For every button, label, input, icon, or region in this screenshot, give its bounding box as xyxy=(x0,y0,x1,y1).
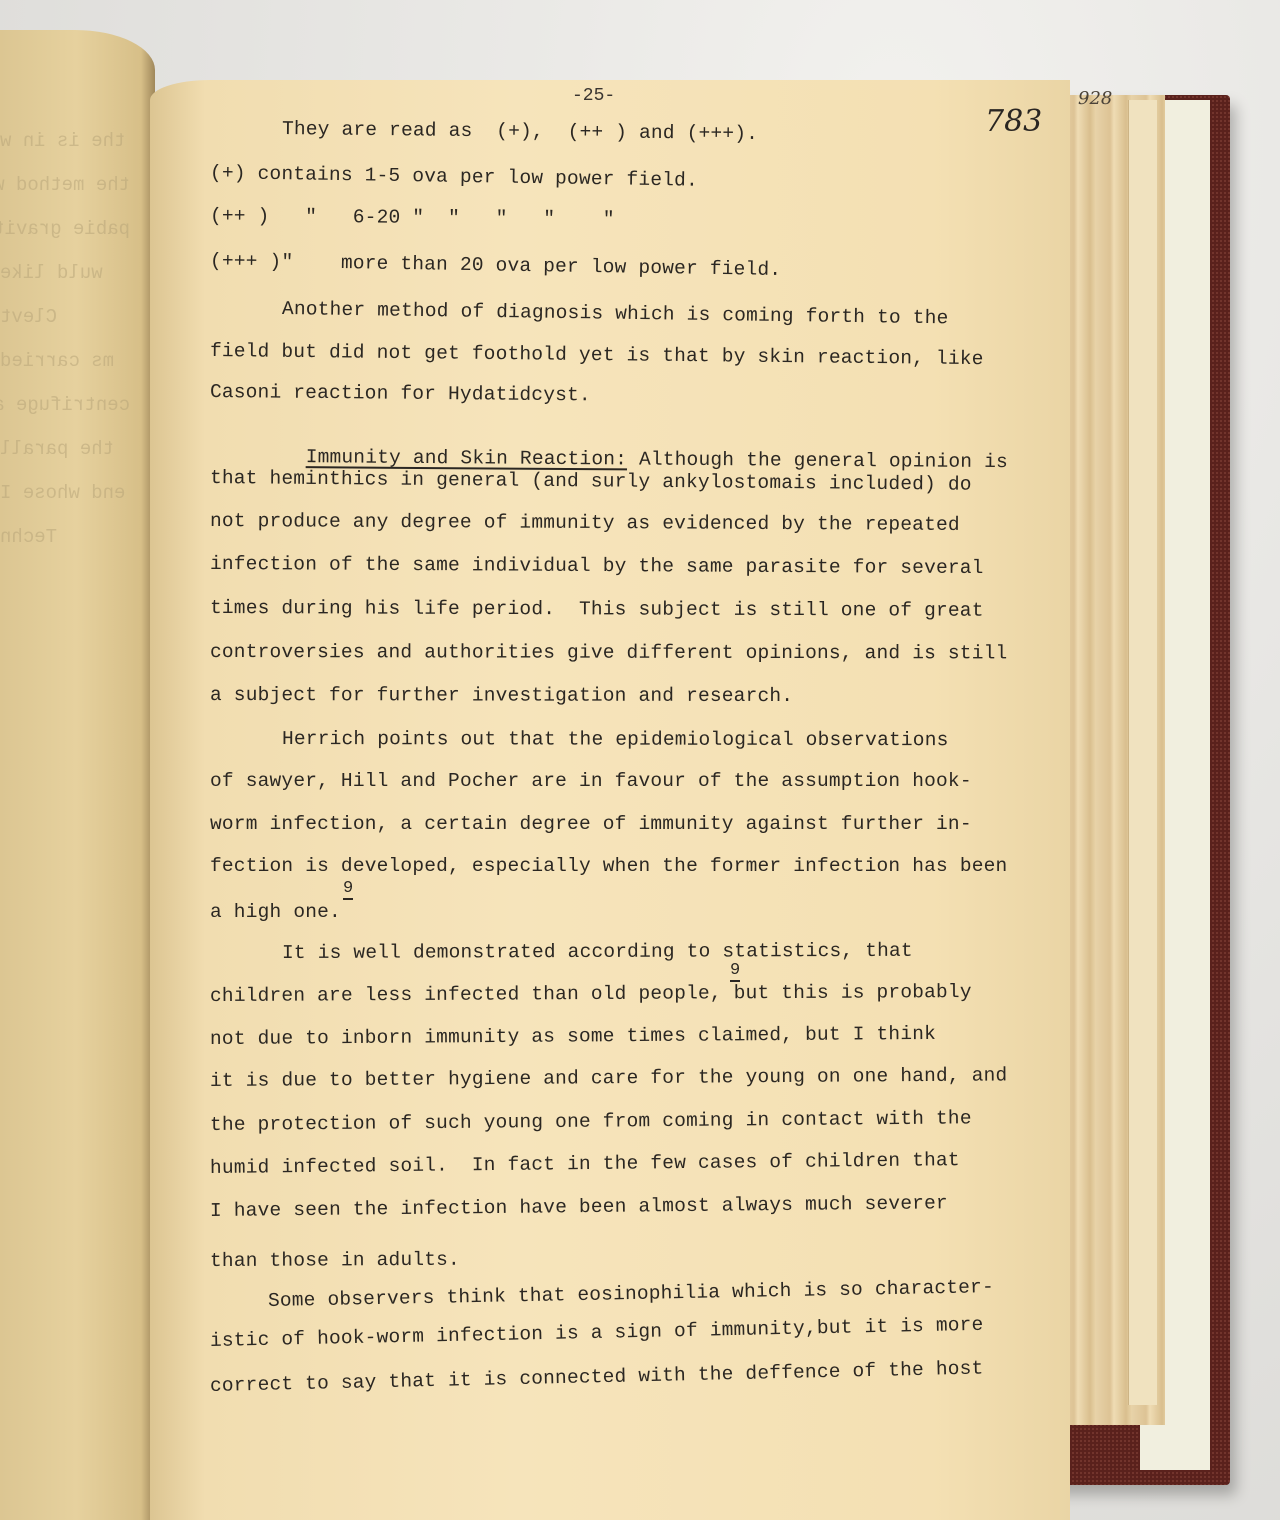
handwritten-corner-note: 928 xyxy=(1078,88,1112,109)
text-line: times during his life period. This subje… xyxy=(210,597,984,622)
text-line: controversies and authorities give diffe… xyxy=(210,641,1007,664)
bleed-through-text: wuld like xyxy=(0,262,130,284)
bleed-through-text: Techn xyxy=(0,526,130,548)
page-edges-inner xyxy=(1128,100,1157,1405)
text-line: of sawyer, Hill and Pocher are in favour… xyxy=(210,770,972,792)
text-line: Herrich points out that the epidemiologi… xyxy=(282,728,949,751)
text-line: worm infection, a certain degree of immu… xyxy=(210,813,972,835)
handwritten-folio-number: 783 xyxy=(985,104,1042,139)
footnote-mark: 9 xyxy=(343,880,353,900)
section-heading: Immunity and Skin Reaction: xyxy=(306,446,628,470)
section-heading-continuation: Although the general opinion is xyxy=(627,448,1008,473)
left-page: the is in wthe method wpabie gravitywuld… xyxy=(0,30,155,1520)
bleed-through-text: pabie gravity xyxy=(0,218,130,240)
text-line: a high one. xyxy=(210,901,341,923)
section-heading-line: Immunity and Skin Reaction: Although the… xyxy=(282,424,1008,473)
bleed-through-text: Clevt xyxy=(0,306,130,328)
text-line: children are less infected than old peop… xyxy=(210,981,972,1007)
bleed-through-text: the method w xyxy=(0,174,130,196)
text-line: Casoni reaction for Hydatidcyst. xyxy=(210,381,591,406)
text-line: fection is developed, especially when th… xyxy=(210,855,1007,877)
text-line: It is well demonstrated according to sta… xyxy=(282,940,913,964)
text-line: (++ ) " 6-20 " " " " " xyxy=(210,205,615,231)
footnote-mark: 9 xyxy=(730,962,740,982)
text-line: than those in adults. xyxy=(210,1249,460,1272)
text-line: infection of the same individual by the … xyxy=(210,553,984,579)
text-line: a subject for further investigation and … xyxy=(210,684,793,707)
page-number: -25- xyxy=(572,86,615,106)
bleed-through-text: ms carried xyxy=(0,350,130,372)
bleed-through-text: centrifuge a xyxy=(0,394,130,416)
text-line: not produce any degree of immunity as ev… xyxy=(210,510,960,536)
bleed-through-text: the parall xyxy=(0,438,130,460)
bleed-through-text: end whose I xyxy=(0,482,130,504)
bleed-through-text: the is in w xyxy=(0,130,130,152)
